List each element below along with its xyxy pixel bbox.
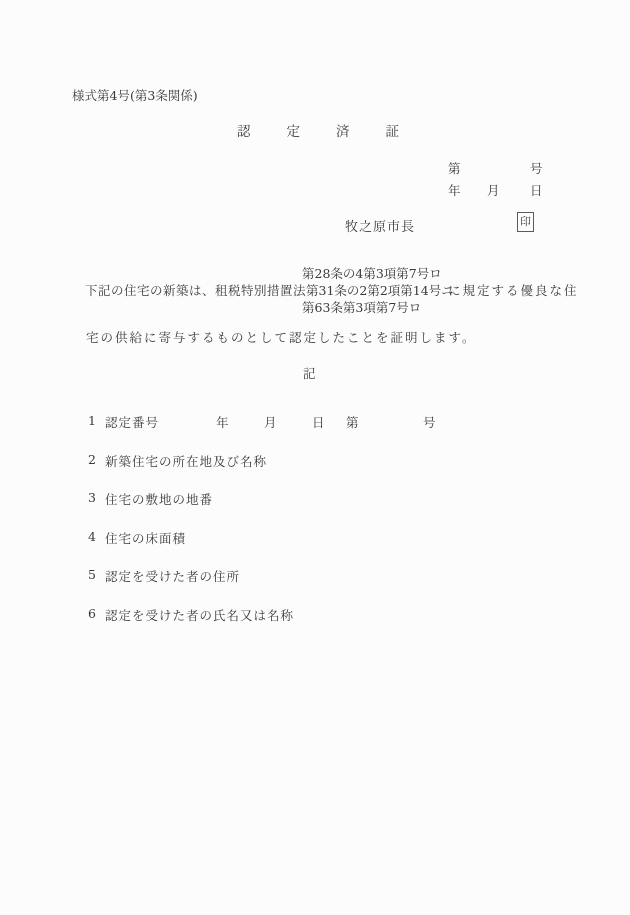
- item-number: 6: [88, 606, 96, 621]
- ki-section-header: 記: [303, 364, 316, 382]
- certificate-document-page: 様式第4号(第3条関係) 認定済証 第 号 年 月 日 牧之原市長 印 第28条…: [0, 0, 630, 915]
- seal-stamp: 印: [517, 212, 534, 232]
- list-item-1: 1 認定番号 年 月 日 第 号: [0, 413, 630, 429]
- item1-month-label: 月: [264, 413, 277, 431]
- date-year-label: 年: [448, 181, 461, 199]
- item-label: 認定番号: [105, 413, 159, 431]
- list-item-6: 6 認定を受けた者の氏名又は名称: [0, 606, 630, 622]
- body-continuation-text: 宅の供給に寄与するものとして認定したことを証明します。: [86, 328, 477, 346]
- certificate-number-suffix: 号: [530, 159, 543, 177]
- body-tail-text: に規定する優良な住: [448, 281, 579, 299]
- item-number: 1: [88, 413, 96, 428]
- list-item-2: 2 新築住宅の所在地及び名称: [0, 452, 630, 468]
- item1-number-suffix: 号: [423, 413, 436, 431]
- date-day-label: 日: [530, 181, 543, 199]
- item-label: 認定を受けた者の氏名又は名称: [105, 606, 294, 624]
- item1-day-label: 日: [312, 413, 325, 431]
- item-label: 認定を受けた者の住所: [105, 567, 240, 585]
- item-label: 新築住宅の所在地及び名称: [105, 452, 267, 470]
- law-reference-1: 第28条の4第3項第7号ロ: [302, 264, 442, 282]
- item-number: 4: [88, 529, 96, 544]
- law-reference-3: 第63条第3項第7号ロ: [302, 298, 421, 316]
- item-number: 3: [88, 490, 96, 505]
- issuer-name: 牧之原市長: [345, 216, 415, 235]
- list-item-5: 5 認定を受けた者の住所: [0, 567, 630, 583]
- item-label: 住宅の床面積: [105, 529, 186, 547]
- body-lead-text: 下記の住宅の新築は、租税特別措置法: [85, 281, 306, 299]
- document-title: 認定済証: [237, 120, 435, 140]
- list-item-3: 3 住宅の敷地の地番: [0, 490, 630, 506]
- item1-year-label: 年: [216, 413, 229, 431]
- item1-number-prefix: 第: [346, 413, 359, 431]
- item-number: 2: [88, 452, 96, 467]
- form-number: 様式第4号(第3条関係): [72, 86, 198, 104]
- certificate-number-prefix: 第: [448, 159, 461, 177]
- list-item-4: 4 住宅の床面積: [0, 529, 630, 545]
- item-label: 住宅の敷地の地番: [105, 490, 213, 508]
- law-reference-2: 第31条の2第2項第14号ニ: [306, 281, 454, 299]
- date-month-label: 月: [487, 181, 500, 199]
- item-number: 5: [88, 567, 96, 582]
